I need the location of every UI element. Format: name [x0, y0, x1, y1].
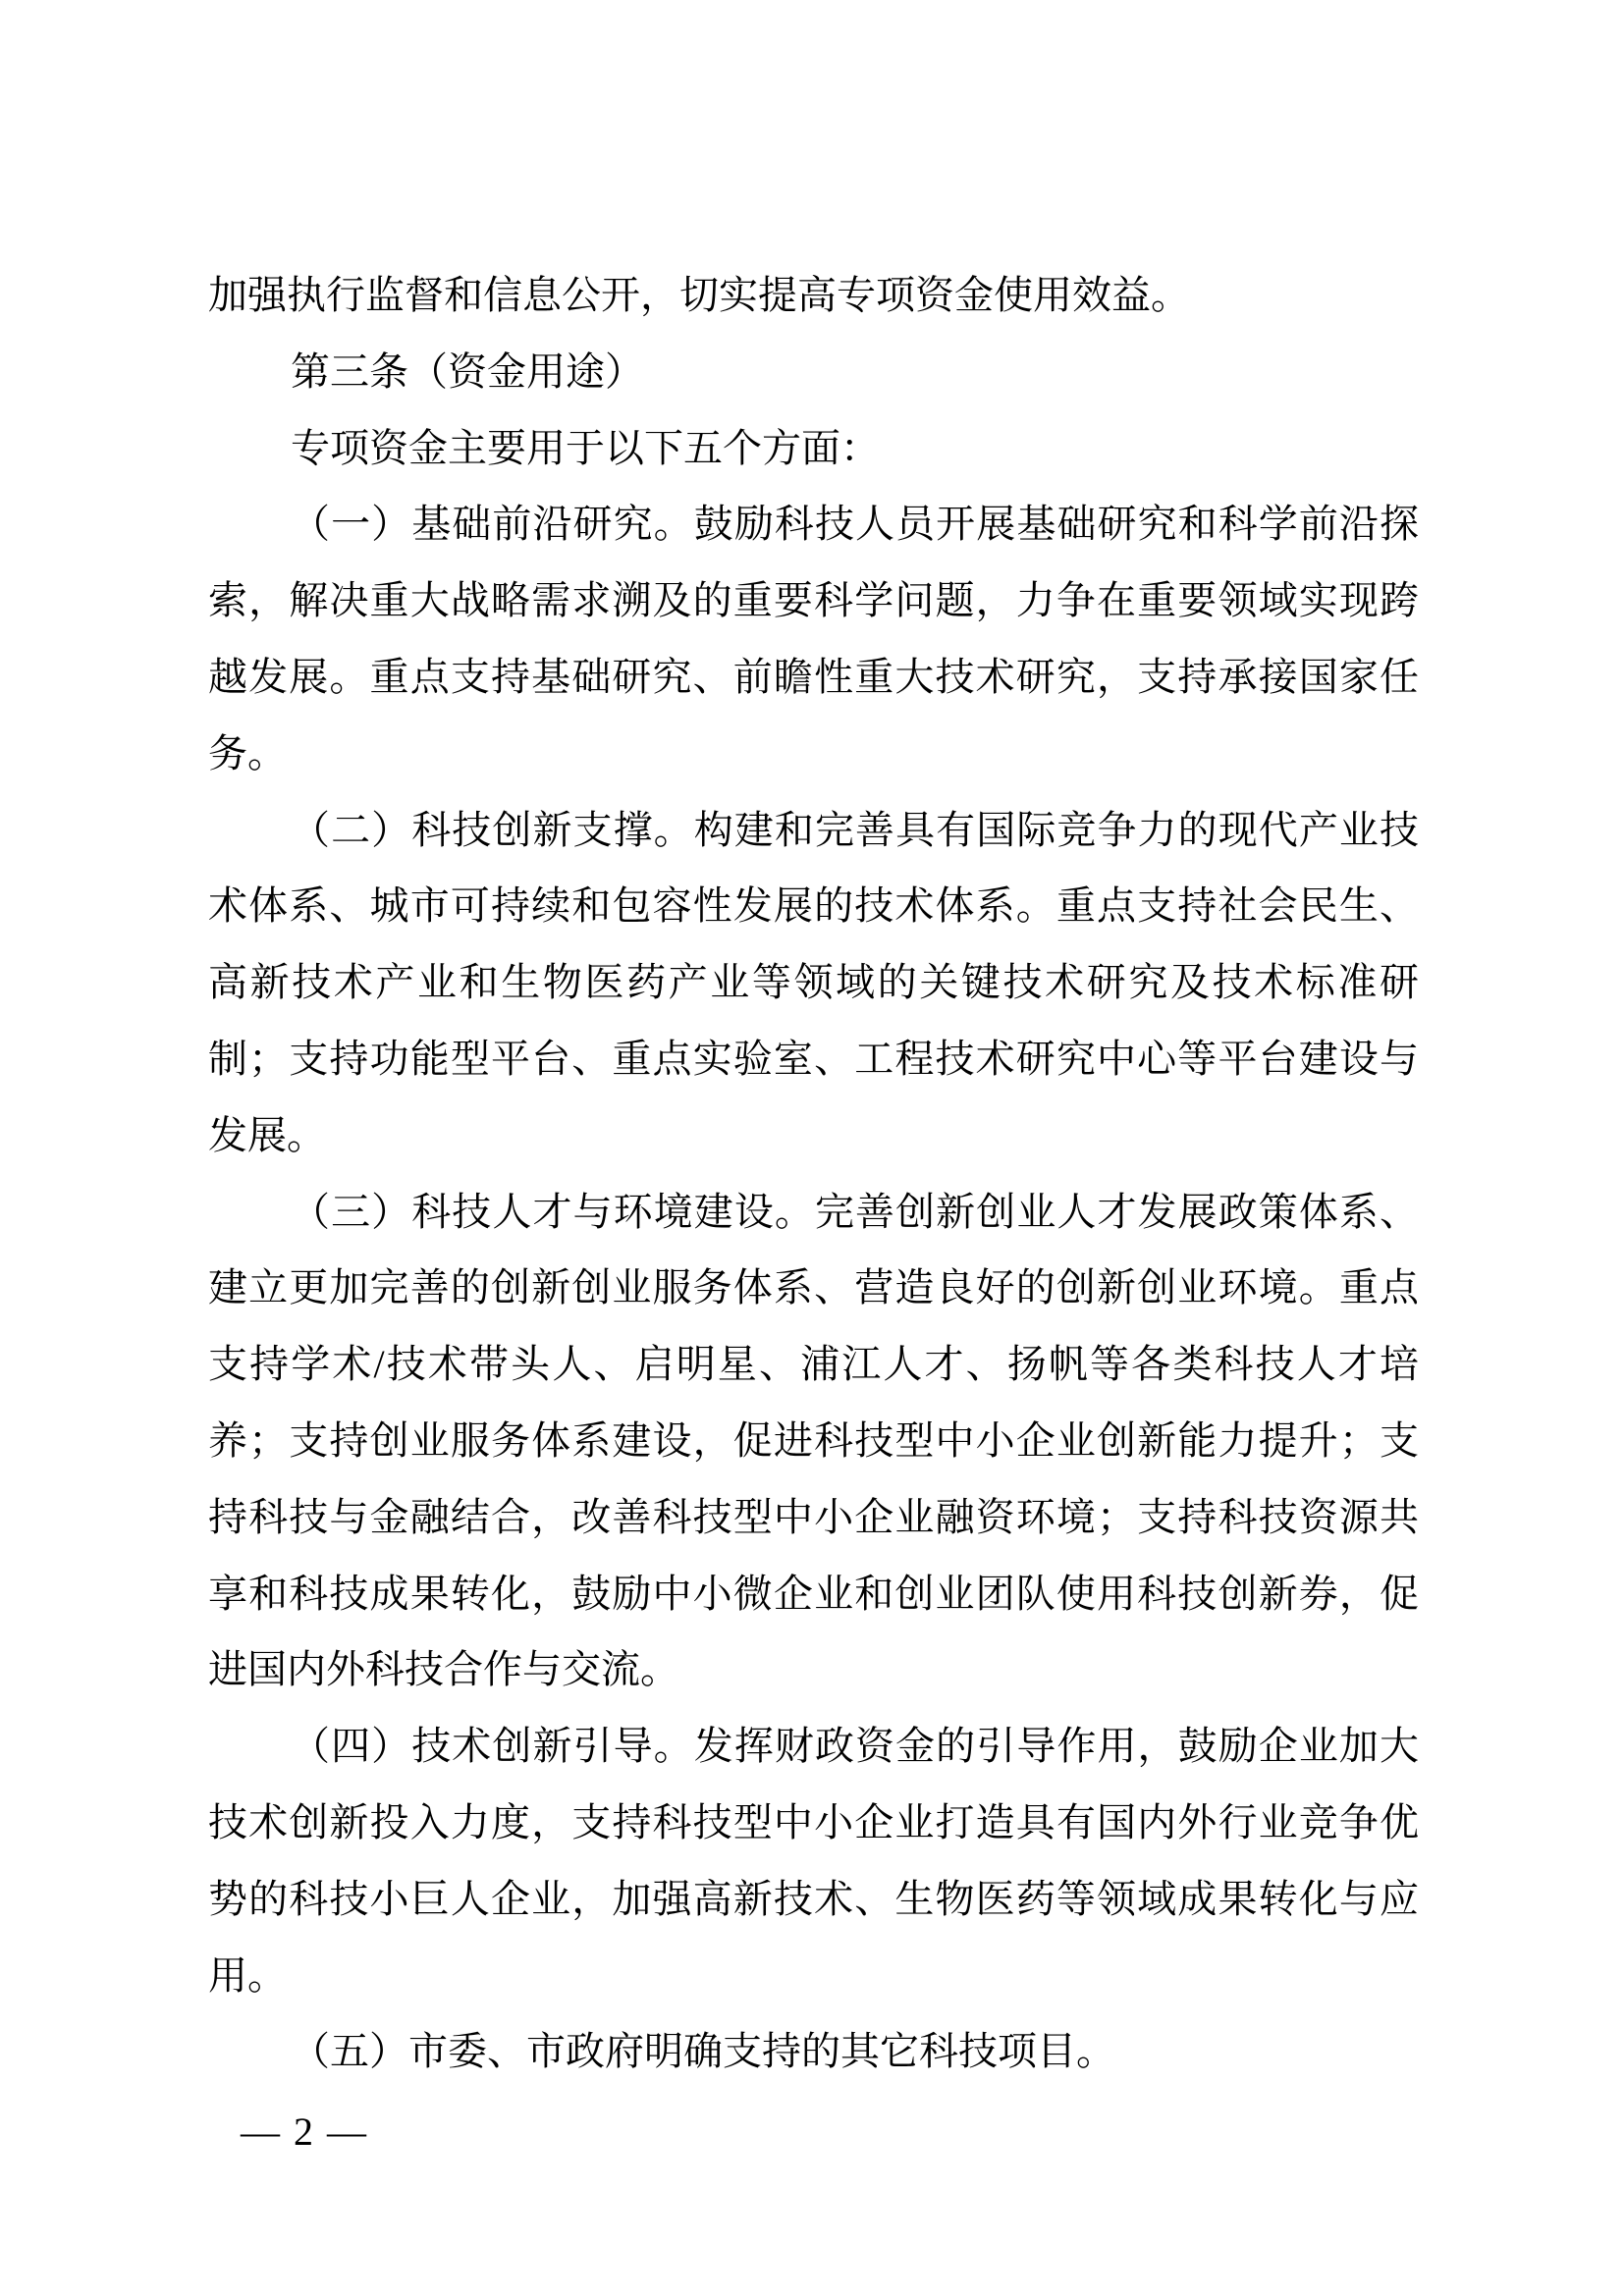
document-line: 势的科技小巨人企业，加强高新技术、生物医药等领域成果转化与应 [208, 1861, 1419, 1938]
document-line: 索，解决重大战略需求溯及的重要科学问题，力争在重要领域实现跨 [208, 562, 1419, 639]
document-line: （五）市委、市政府明确支持的其它科技项目。 [208, 2013, 1419, 2090]
document-line: 养；支持创业服务体系建设，促进科技型中小企业创新能力提升；支 [208, 1403, 1419, 1479]
document-line: （二）科技创新支撑。构建和完善具有国际竞争力的现代产业技 [208, 792, 1419, 869]
document-line: 持科技与金融结合，改善科技型中小企业融资环境；支持科技资源共 [208, 1479, 1419, 1556]
document-line: 技术创新投入力度，支持科技型中小企业打造具有国内外行业竞争优 [208, 1785, 1419, 1861]
document-line: 高新技术产业和生物医药产业等领域的关键技术研究及技术标准研 [208, 944, 1419, 1021]
document-page: 加强执行监督和信息公开，切实提高专项资金使用效益。第三条（资金用途）专项资金主要… [0, 0, 1624, 2296]
document-line: 享和科技成果转化，鼓励中小微企业和创业团队使用科技创新券，促 [208, 1556, 1419, 1632]
document-body: 加强执行监督和信息公开，切实提高专项资金使用效益。第三条（资金用途）专项资金主要… [208, 257, 1419, 2090]
document-line: 专项资金主要用于以下五个方面： [208, 410, 1419, 487]
document-line: （一）基础前沿研究。鼓励科技人员开展基础研究和科学前沿探 [208, 486, 1419, 562]
document-line: 用。 [208, 1938, 1419, 2014]
document-line: 发展。 [208, 1097, 1419, 1174]
document-line: 建立更加完善的创新创业服务体系、营造良好的创新创业环境。重点 [208, 1250, 1419, 1326]
document-line: 制；支持功能型平台、重点实验室、工程技术研究中心等平台建设与 [208, 1021, 1419, 1097]
document-line: 支持学术/技术带头人、启明星、浦江人才、扬帆等各类科技人才培 [208, 1326, 1419, 1403]
document-line: 术体系、城市可持续和包容性发展的技术体系。重点支持社会民生、 [208, 868, 1419, 944]
document-line: 进国内外科技合作与交流。 [208, 1631, 1419, 1708]
document-line: 务。 [208, 716, 1419, 792]
document-line: 第三条（资金用途） [208, 334, 1419, 410]
document-line: （三）科技人才与环境建设。完善创新创业人才发展政策体系、 [208, 1174, 1419, 1251]
document-line: （四）技术创新引导。发挥财政资金的引导作用，鼓励企业加大 [208, 1708, 1419, 1785]
document-line: 加强执行监督和信息公开，切实提高专项资金使用效益。 [208, 257, 1419, 334]
page-number: — 2 — [241, 2109, 368, 2156]
document-line: 越发展。重点支持基础研究、前瞻性重大技术研究，支持承接国家任 [208, 639, 1419, 716]
